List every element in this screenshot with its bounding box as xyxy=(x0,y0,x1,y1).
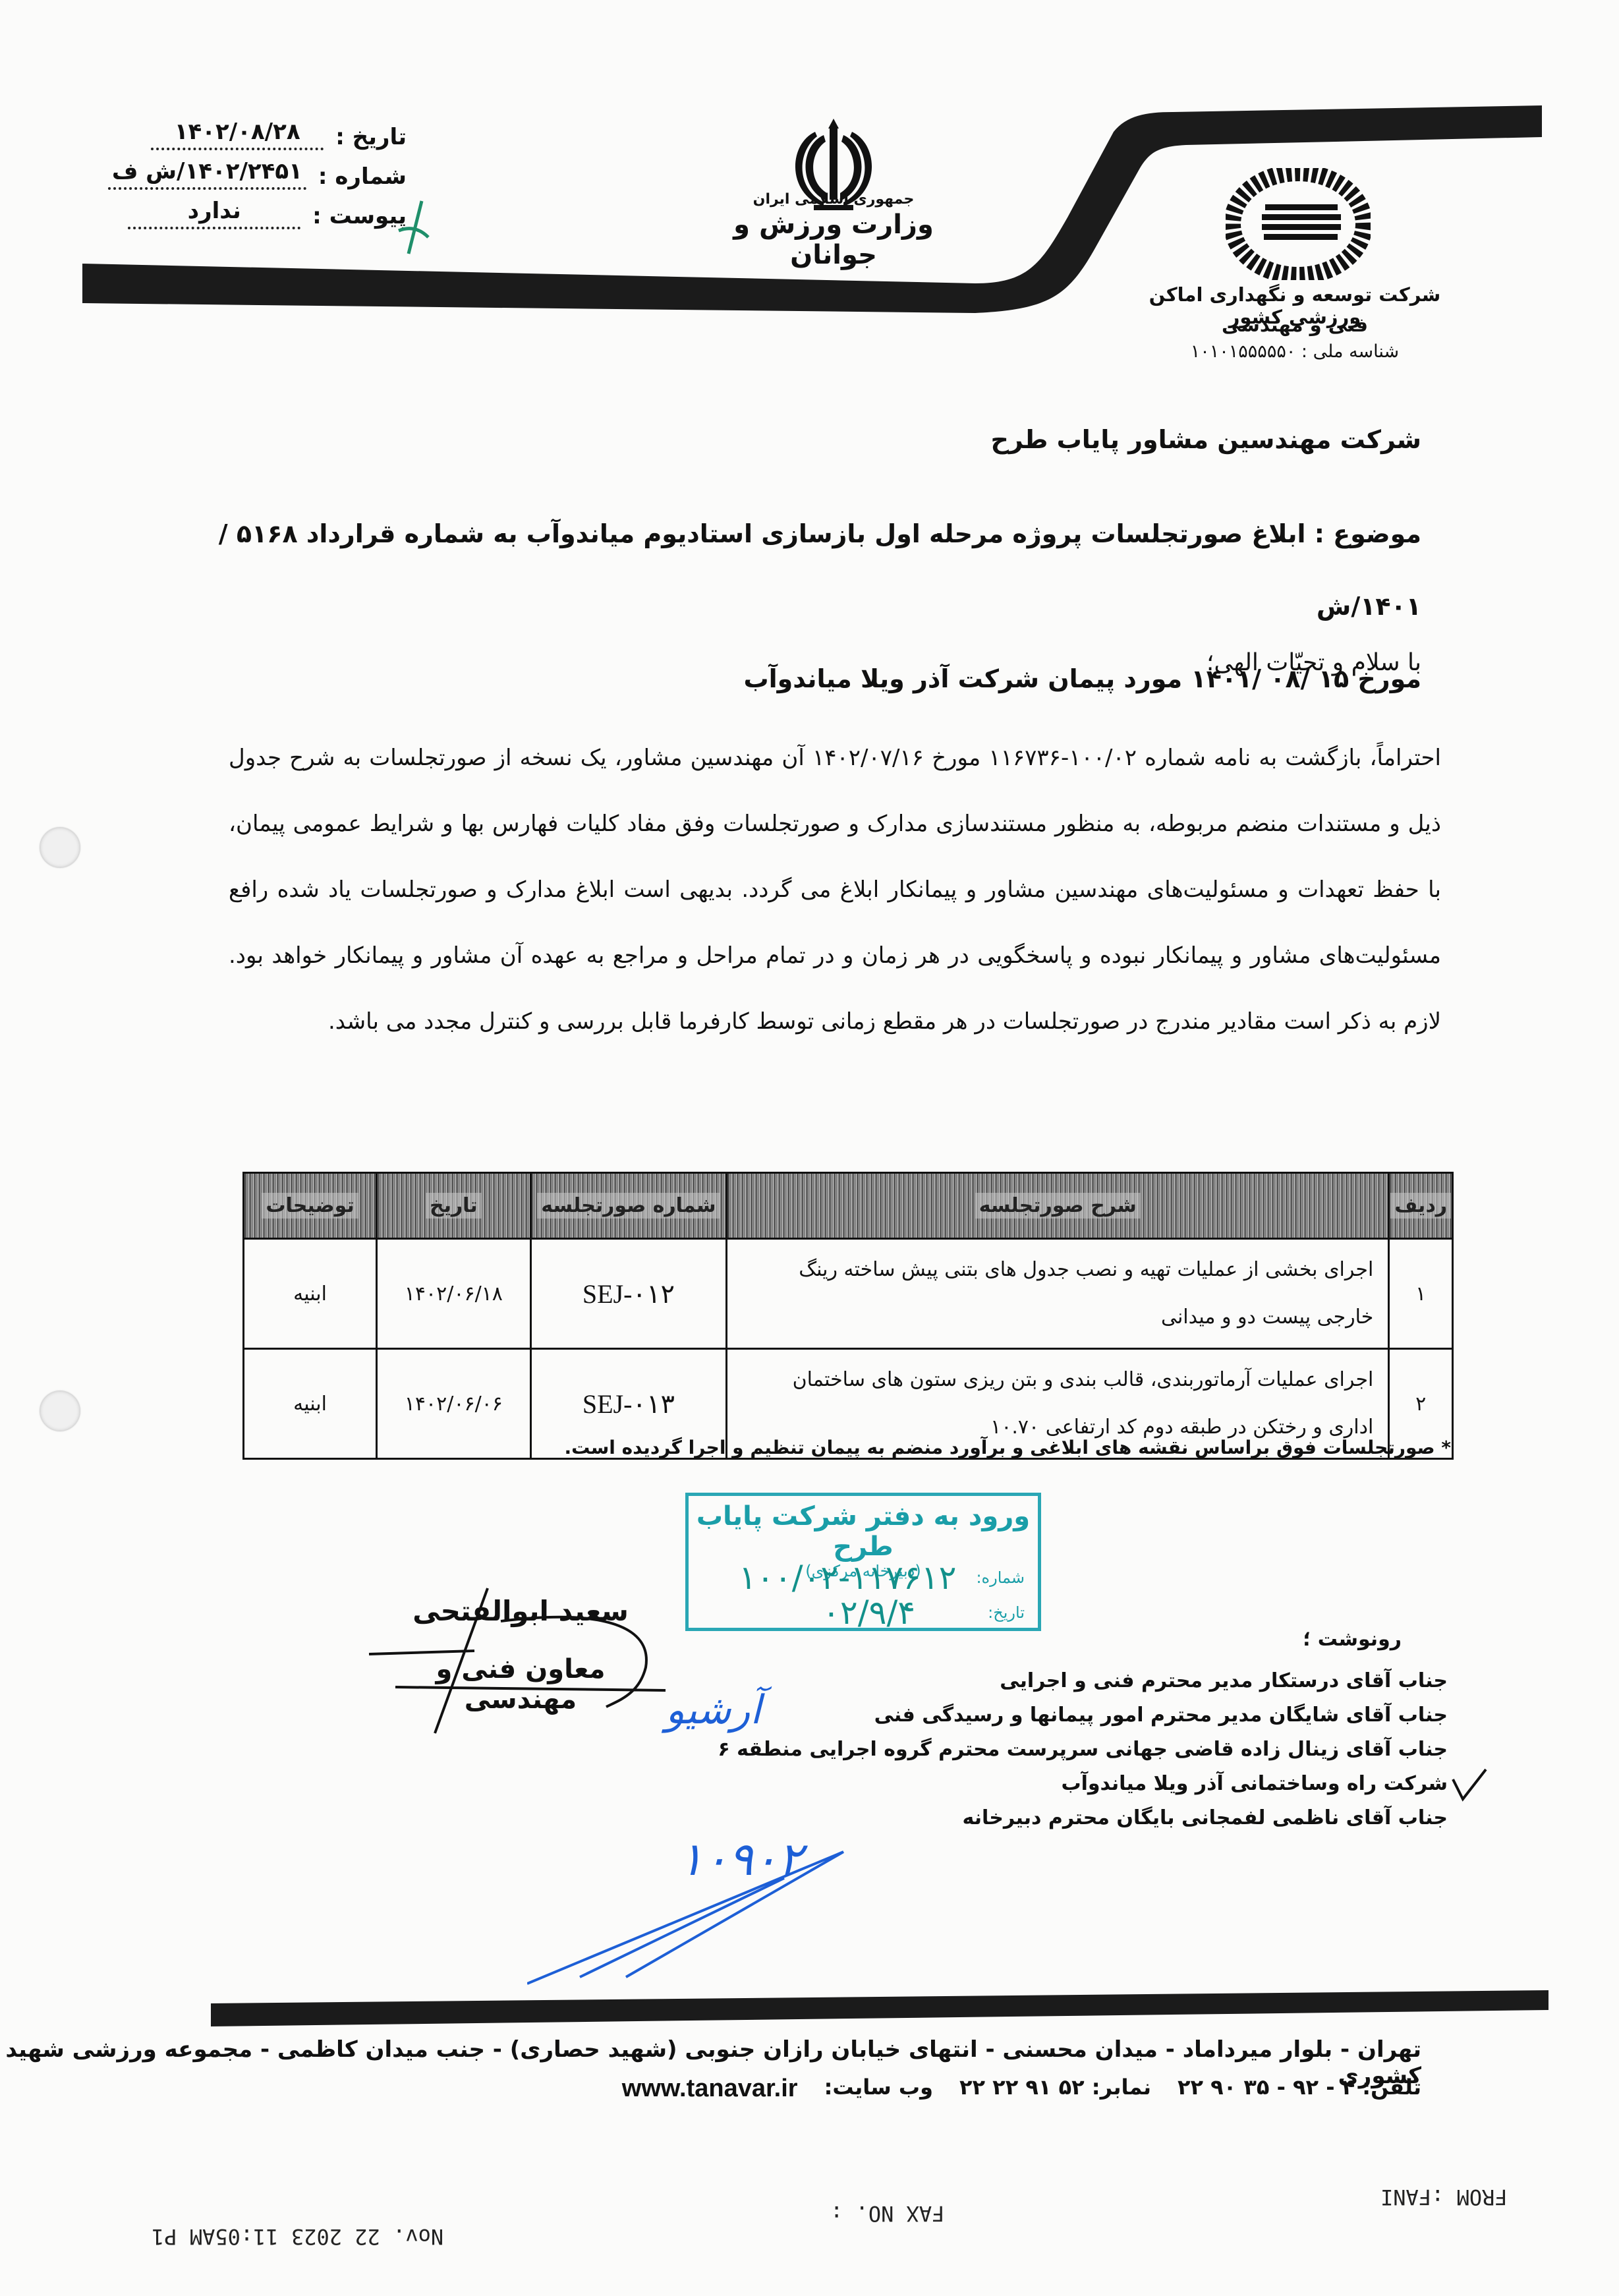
fax-timestamp: Nov. 22 2023 11:05AM P1 xyxy=(152,2224,443,2249)
company-department: فنی و مهندسی xyxy=(1120,314,1469,336)
cc-title: رونوشت ؛ xyxy=(1303,1628,1402,1651)
company-national-id: شناسه ملی : ۱۰۱۰۱۵۵۵۵۵۰ xyxy=(1120,341,1469,362)
number-label: شماره : xyxy=(318,163,407,190)
footer-website-link[interactable]: www.tanavar.ir xyxy=(622,2075,798,2103)
stamp-number: شماره: ۱۰۰/۰۲-۱۱۷۶۱۲ xyxy=(739,1559,1025,1597)
ministry-name: وزارت ورزش و جوانان xyxy=(712,210,955,270)
table-footnote: * صورتجلسات فوق براساس نقشه های ابلاغی و… xyxy=(564,1437,1451,1458)
attachment-value: ندارد xyxy=(128,198,300,229)
subject-line-1: موضوع : ابلاغ صورتجلسات پروژه مرحله اول … xyxy=(183,498,1421,643)
received-stamp: ورود به دفتر شرکت پایاب طرح (دبیرخانه مر… xyxy=(685,1493,1041,1631)
stamp-date-value: ۰۲/۹/۴ xyxy=(822,1593,915,1632)
stamp-number-label: شماره: xyxy=(976,1568,1025,1587)
stamp-date-label: تاریخ: xyxy=(988,1603,1025,1622)
footer-fax: نمابر: ۵۲ ۹۱ ۲۲ ۲۲ xyxy=(959,2075,1151,2103)
minutes-table: ردیف شرح صورتجلسه شماره صورتجلسه تاریخ ت… xyxy=(242,1172,1454,1460)
stamp-date: تاریخ: ۰۲/۹/۴ xyxy=(822,1593,1025,1632)
row-date: ۱۴۰۲/۰۶/۰۶ xyxy=(377,1349,531,1459)
footer-contact: تلفن: ۴ - ۹۲ - ۳۵ ۹۰ ۲۲ نمابر: ۵۲ ۹۱ ۲۲ … xyxy=(622,2075,1421,2103)
cc-item: شرکت راه وساختمانی آذر ویلا میاندوآب xyxy=(718,1767,1448,1801)
header-date: تاریخ xyxy=(377,1173,531,1239)
green-check-mark xyxy=(395,198,435,257)
footer-website-label: وب سایت: xyxy=(824,2075,933,2103)
row-note: ابنیه xyxy=(244,1239,377,1349)
letter-body: احتراماً، بازگشت به نامه شماره ۱۰۰/۰۲-۱۱… xyxy=(229,725,1441,1054)
handwritten-stroke xyxy=(527,1845,857,1990)
letter-date: تاریخ : ۱۴۰۲/۰۸/۲۸ xyxy=(151,119,407,150)
footer-phone: تلفن: ۴ - ۹۲ - ۳۵ ۹۰ ۲۲ xyxy=(1178,2075,1421,2103)
handwritten-signature xyxy=(356,1568,698,1740)
handwritten-check-mark xyxy=(1450,1766,1489,1806)
cc-item: جناب آقای درستکار مدیر محترم فنی و اجرای… xyxy=(718,1664,1448,1698)
letter-number: شماره : ۱۴۰۲/۲۴۵۱/ش ف xyxy=(108,158,407,190)
date-value: ۱۴۰۲/۰۸/۲۸ xyxy=(151,119,324,150)
row-note: ابنیه xyxy=(244,1349,377,1459)
stamp-number-value: ۱۰۰/۰۲-۱۱۷۶۱۲ xyxy=(739,1559,956,1597)
cc-item: جناب آقای زینال زاده قاضی جهانی سرپرست م… xyxy=(718,1733,1448,1767)
header-code: شماره صورتجلسه xyxy=(530,1173,727,1239)
fax-number: FAX NO. : xyxy=(830,2201,944,2226)
row-description: اجرای بخشی از عملیات تهیه و نصب جدول های… xyxy=(727,1239,1389,1349)
company-logo-icon xyxy=(1226,168,1371,280)
table-header-row: ردیف شرح صورتجلسه شماره صورتجلسه تاریخ ت… xyxy=(244,1173,1453,1239)
handwritten-note: آرشیو xyxy=(666,1687,761,1733)
recipient: شرکت مهندسین مشاور پایاب طرح xyxy=(991,425,1421,454)
punch-hole xyxy=(40,827,80,868)
stamp-title: ورود به دفتر شرکت پایاب طرح xyxy=(689,1501,1038,1562)
row-index: ۱ xyxy=(1389,1239,1453,1349)
date-label: تاریخ : xyxy=(335,124,407,150)
fax-from: FROM :FANI xyxy=(1380,2185,1508,2210)
cc-item: جناب آقای ناظمی لفمجانی بایگان محترم دبی… xyxy=(718,1801,1448,1835)
header-index: ردیف xyxy=(1389,1173,1453,1239)
cc-item: جناب آقای شایگان مدیر محترم امور پیمانها… xyxy=(718,1698,1448,1733)
footer-band xyxy=(0,1990,1619,2036)
subject: موضوع : ابلاغ صورتجلسات پروژه مرحله اول … xyxy=(183,498,1421,715)
row-code: SEJ-۰۱۲ xyxy=(530,1239,727,1349)
letter-attachment: پیوست : ندارد xyxy=(128,198,407,229)
table-row: ۱ اجرای بخشی از عملیات تهیه و نصب جدول ه… xyxy=(244,1239,1453,1349)
punch-hole xyxy=(40,1391,80,1431)
greeting: با سلام و تحیّات الهی؛ xyxy=(1207,649,1421,676)
cc-list: جناب آقای درستکار مدیر محترم فنی و اجرای… xyxy=(718,1664,1448,1835)
header-note: توضیحات xyxy=(244,1173,377,1239)
attachment-label: پیوست : xyxy=(312,203,407,229)
header-description: شرح صورتجلسه xyxy=(727,1173,1389,1239)
ministry-subtitle: جمهوری اسلامی ایران xyxy=(712,191,955,208)
row-date: ۱۴۰۲/۰۶/۱۸ xyxy=(377,1239,531,1349)
number-value: ۱۴۰۲/۲۴۵۱/ش ف xyxy=(108,158,306,190)
